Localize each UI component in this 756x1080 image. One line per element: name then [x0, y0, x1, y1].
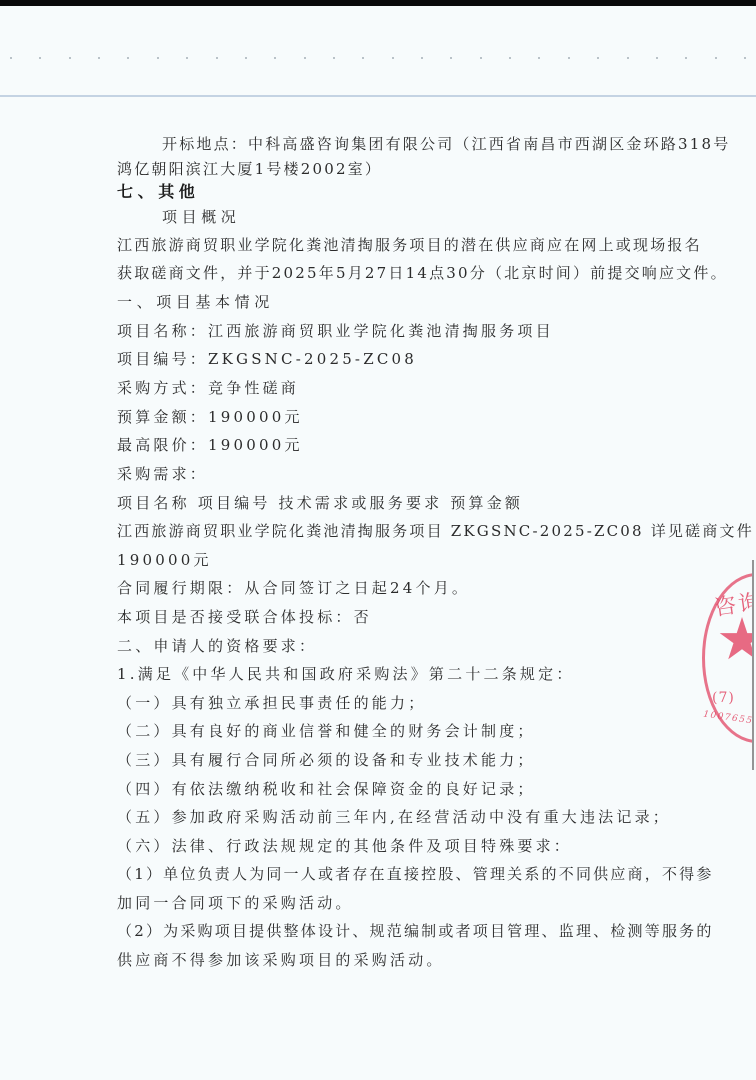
text-line: 二、申请人的资格要求：	[117, 636, 317, 656]
section-heading: 七、其他	[117, 182, 199, 202]
header-dot-row	[0, 57, 756, 60]
text-line: 采购需求：	[117, 464, 208, 484]
text-line: 1.满足《中华人民共和国政府采购法》第二十二条规定：	[117, 664, 575, 684]
text-line: 合同履行期限：从合同签订之日起24个月。	[117, 578, 470, 598]
text-line: 采购方式：竞争性磋商	[117, 378, 299, 398]
text-line: 开标地点：中科高盛咨询集团有限公司（江西省南昌市西湖区金环路318号	[162, 134, 730, 154]
text-line: （2）为采购项目提供整体设计、规范编制或者项目管理、监理、检测等服务的	[117, 921, 714, 941]
text-line: 供应商不得参加该采购项目的采购活动。	[117, 950, 445, 970]
text-line: （1）单位负责人为同一人或者存在直接控股、管理关系的不同供应商，不得参	[117, 864, 714, 884]
seal-top-text: 咨询	[712, 585, 752, 622]
text-line: 江西旅游商贸职业学院化粪池清掏服务项目 ZKGSNC-2025-ZC08 详见磋…	[117, 521, 754, 541]
text-line: （五）参加政府采购活动前三年内,在经营活动中没有重大违法记录；	[117, 807, 671, 827]
text-line: 项目名称 项目编号 技术需求或服务要求 预算金额	[117, 493, 523, 513]
text-line: 鸿亿朝阳滨江大厦1号楼2002室）	[117, 159, 382, 179]
text-line: 项目概况	[162, 207, 240, 227]
text-line: 项目名称：江西旅游商贸职业学院化粪池清掏服务项目	[117, 321, 554, 341]
header-divider	[0, 95, 756, 97]
seal-circle	[702, 573, 752, 743]
text-line: （一）具有独立承担民事责任的能力；	[117, 693, 426, 713]
text-line: 最高限价：190000元	[117, 435, 303, 455]
text-line: （四）有依法缴纳税收和社会保障资金的良好记录；	[117, 779, 536, 799]
text-line: 获取磋商文件，并于2025年5月27日14点30分（北京时间）前提交响应文件。	[117, 263, 728, 283]
top-scan-edge	[0, 0, 756, 6]
text-line: （六）法律、行政法规规定的其他条件及项目特殊要求：	[117, 836, 572, 856]
text-line: 190000元	[117, 550, 212, 570]
star-icon: ★	[716, 605, 752, 673]
text-line: 加同一合同项下的采购活动。	[117, 893, 354, 913]
text-line: 江西旅游商贸职业学院化粪池清掏服务项目的潜在供应商应在网上或现场报名	[117, 235, 702, 255]
seal-number: (7)	[712, 690, 735, 706]
text-line: 一、项目基本情况	[117, 292, 274, 312]
text-line: （二）具有良好的商业信誉和健全的财务会计制度；	[117, 721, 536, 741]
text-line: 本项目是否接受联合体投标：否	[117, 607, 372, 627]
text-line: （三）具有履行合同所必须的设备和专业技术能力；	[117, 750, 536, 770]
seal-code: 1007655	[703, 710, 752, 727]
text-line: 项目编号：ZKGSNC-2025-ZC08	[117, 349, 417, 369]
text-line: 预算金额：190000元	[117, 407, 303, 427]
page-edge-line	[752, 560, 754, 770]
